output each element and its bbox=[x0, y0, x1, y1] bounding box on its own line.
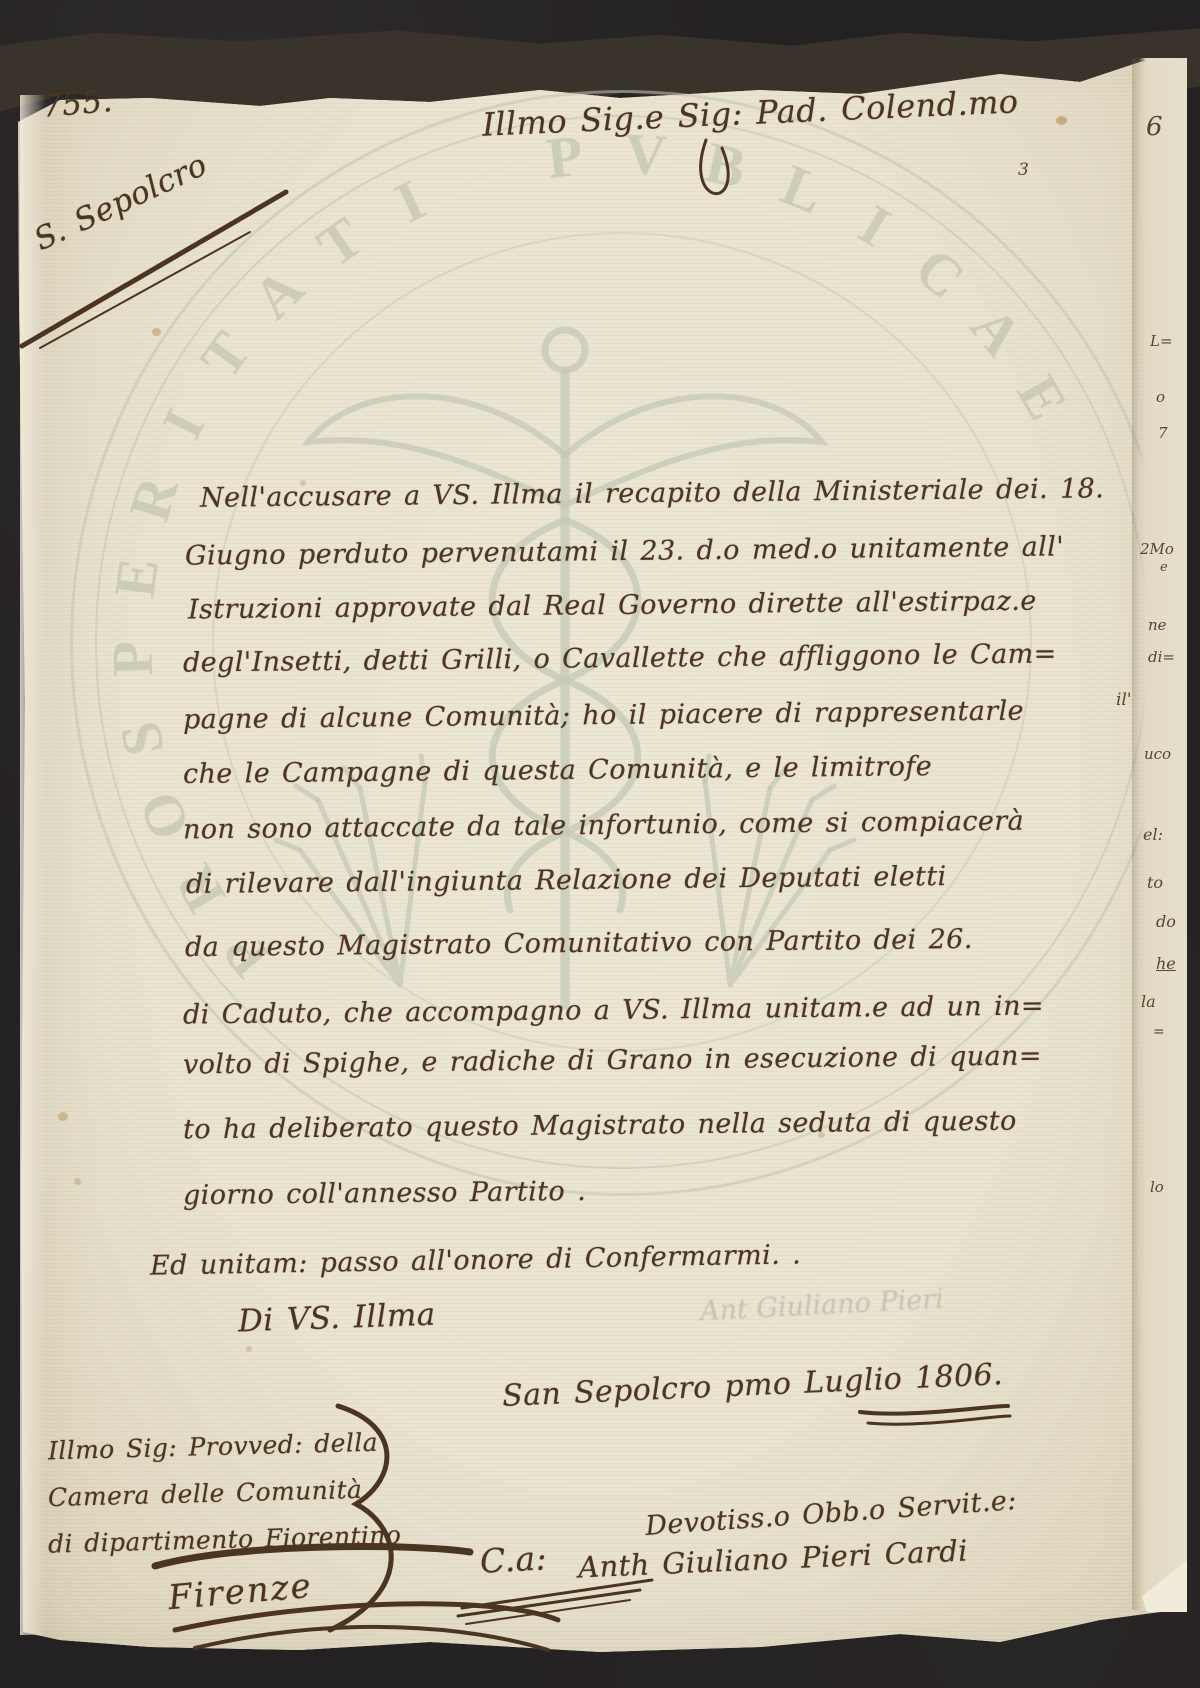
address-brace-flourish bbox=[330, 1406, 391, 1630]
edge-fragment: lo bbox=[1150, 1178, 1164, 1196]
edge-fragment: 6 bbox=[1146, 112, 1163, 142]
edge-fragment: L= bbox=[1150, 332, 1173, 350]
firenze-top-flourish bbox=[155, 1547, 470, 1566]
ink-flourishes bbox=[0, 0, 1200, 1688]
edge-fragment: la bbox=[1141, 992, 1156, 1011]
date-underline-flourish bbox=[860, 1406, 1008, 1414]
edge-fragment: o bbox=[1156, 388, 1165, 406]
edge-fragment: do bbox=[1156, 912, 1176, 931]
edge-fragment: = bbox=[1153, 1024, 1165, 1040]
edge-fragment: ne bbox=[1148, 616, 1167, 634]
heading-loop-flourish bbox=[701, 140, 729, 194]
edge-fragment: e bbox=[1160, 560, 1168, 575]
edge-fragment: to bbox=[1147, 873, 1163, 892]
edge-fragment: he bbox=[1156, 954, 1176, 973]
edge-fragment: 7 bbox=[1158, 424, 1168, 442]
edge-fragment: 2Mo bbox=[1140, 540, 1174, 558]
edge-fragment: el: bbox=[1143, 825, 1163, 844]
margin-underline-flourish bbox=[22, 192, 286, 346]
edge-fragment: il' bbox=[1116, 690, 1132, 710]
signature-underline-flourish bbox=[462, 1580, 652, 1608]
edge-fragment: uco bbox=[1144, 745, 1171, 763]
manuscript-scan: P R O S P E R I T A T I P V B L I C A E bbox=[0, 0, 1200, 1688]
edge-fragment: di= bbox=[1148, 648, 1175, 666]
